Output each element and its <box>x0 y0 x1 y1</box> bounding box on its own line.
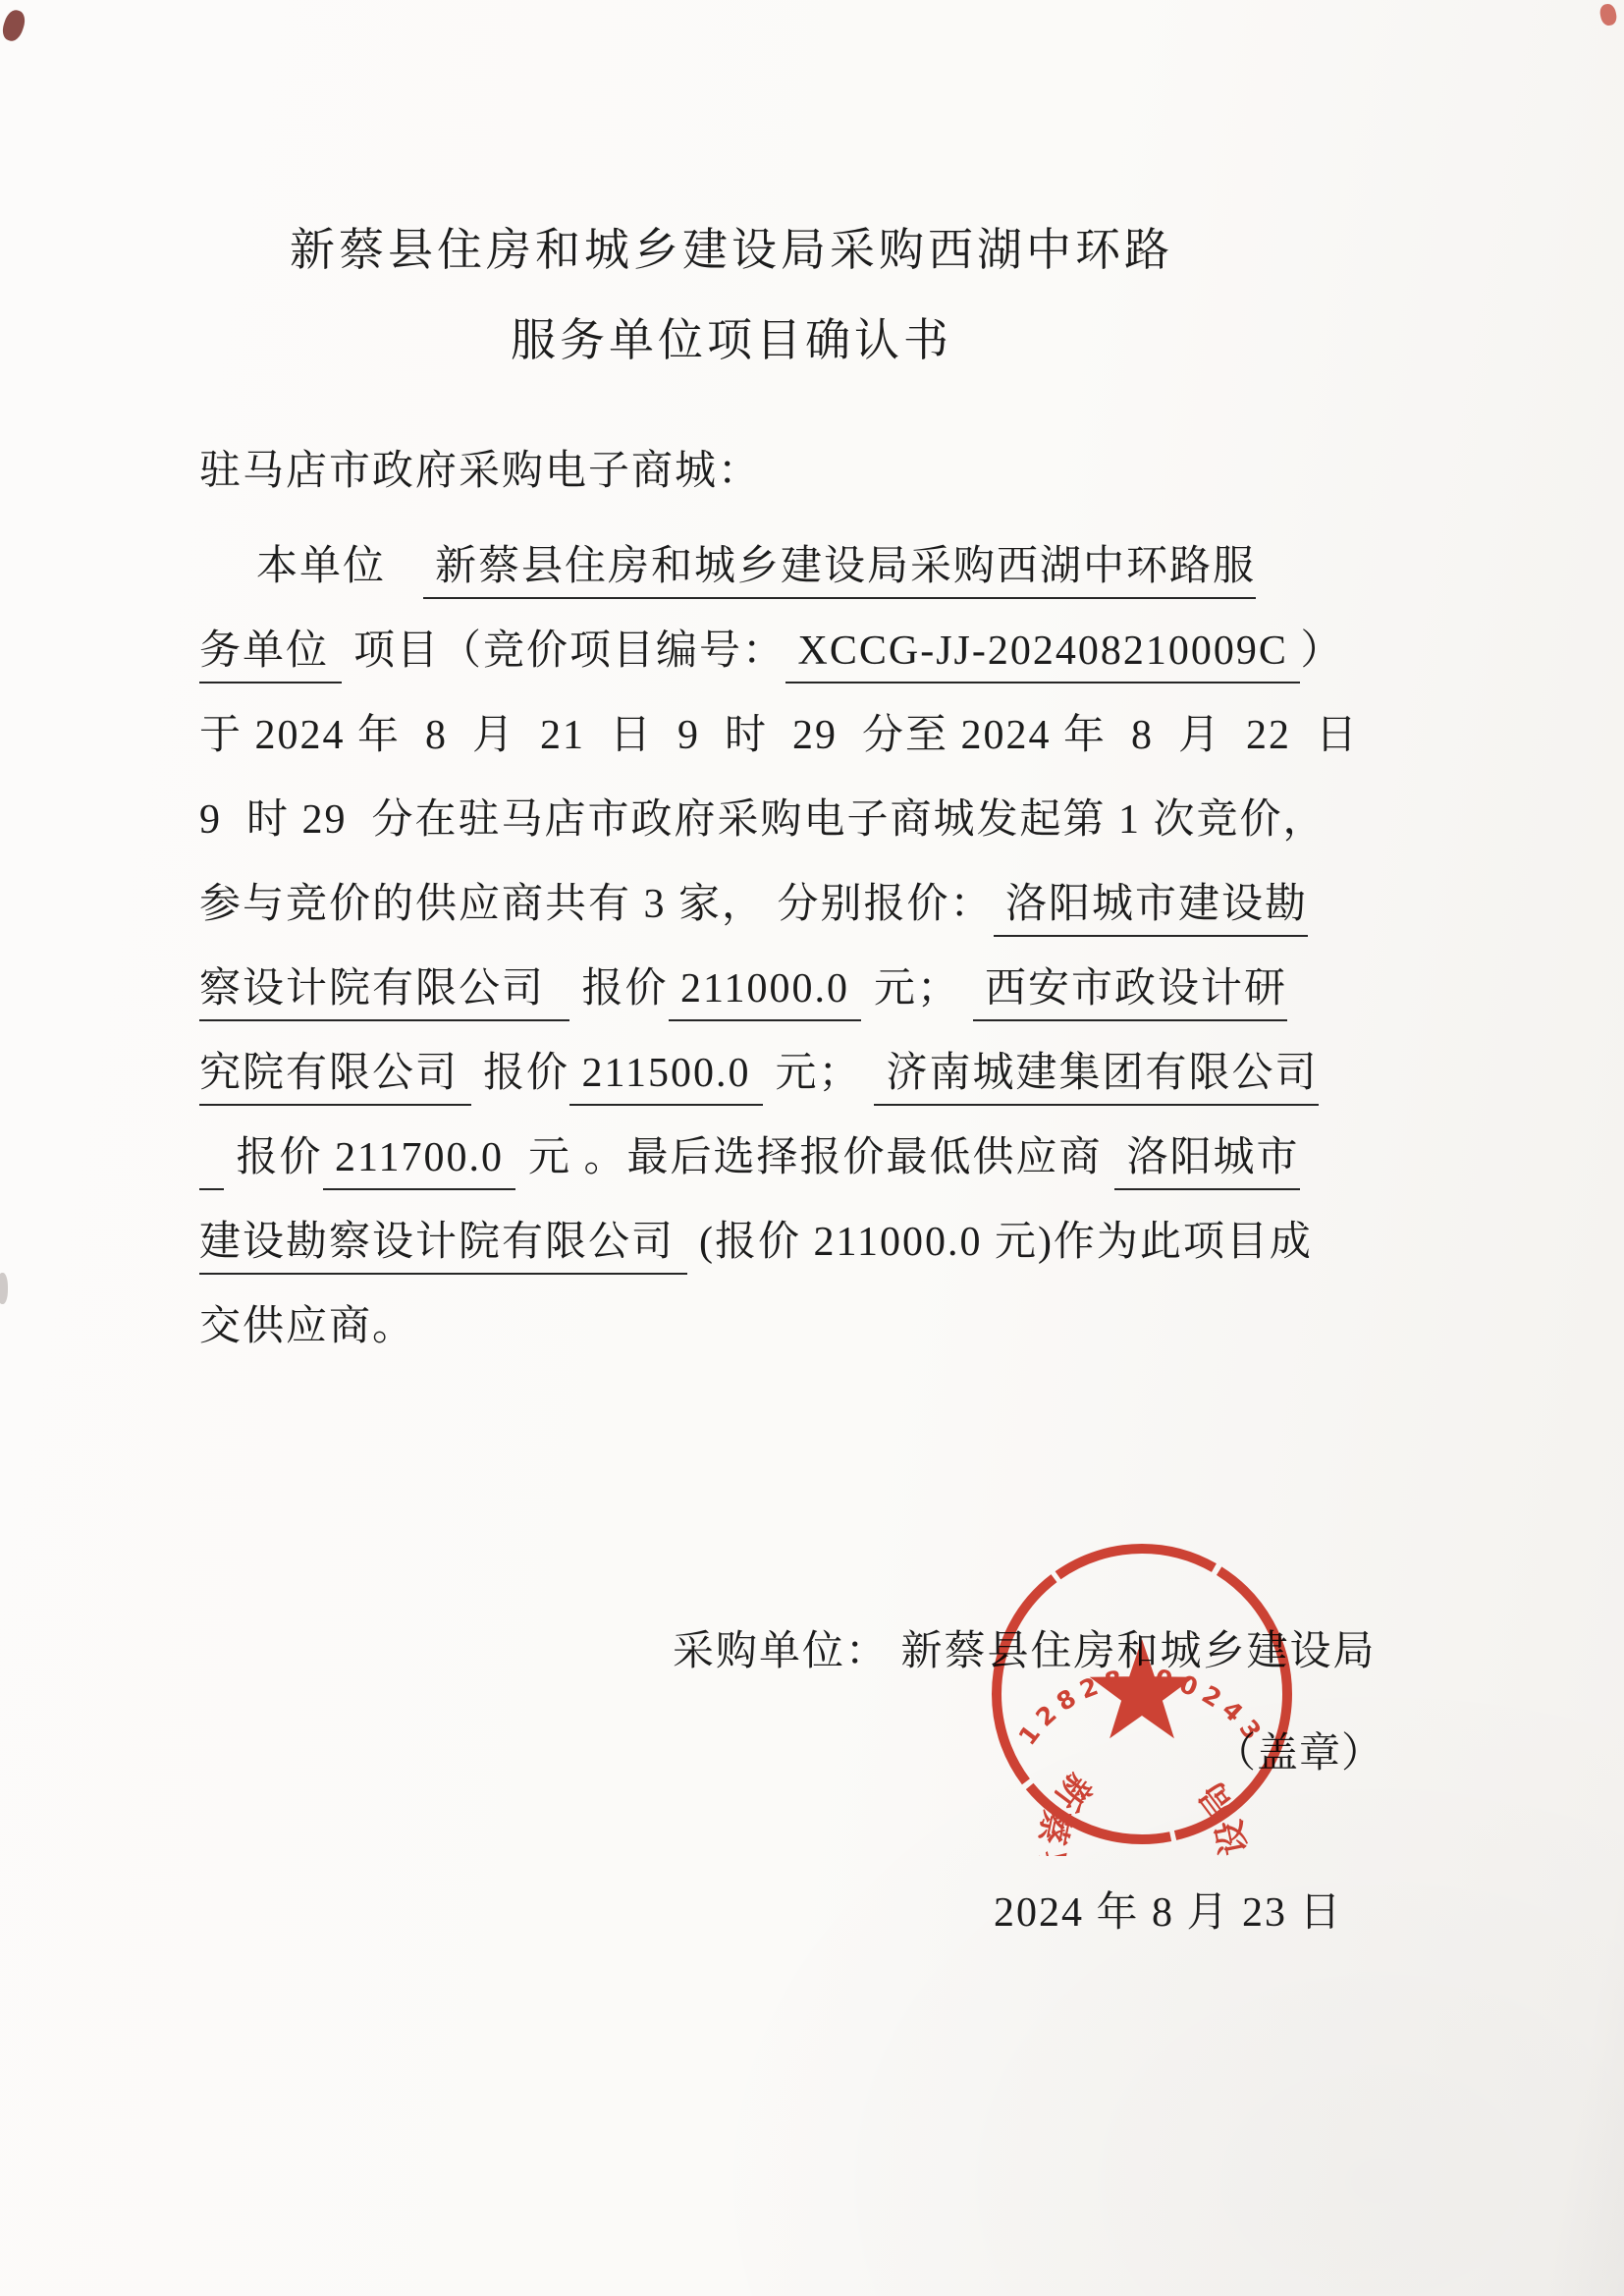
underlined-field: 究院有限公司 <box>199 1051 471 1106</box>
underlined-field: 务单位 <box>199 629 342 683</box>
body-paragraph: 本单位 新蔡县住房和城乡建设局采购西湖中环路服务单位 项目（竞价项目编号： XC… <box>199 524 1387 1369</box>
body-line: 究院有限公司 报价 211500.0 元； 济南城建集团有限公司 <box>199 1031 1387 1116</box>
body-line: 务单位 项目（竞价项目编号： XCCG-JJ-202408210009C ） <box>199 609 1387 693</box>
body-line: 报价 211700.0 元 。最后选择报价最低供应商 洛阳城市 <box>199 1116 1387 1200</box>
underlined-field: 察设计院有限公司 <box>199 966 569 1021</box>
official-red-seal: 新蔡县住房和城乡建设局 4128280002438 <box>980 1532 1304 1856</box>
scan-artifact-left-edge <box>0 1273 8 1304</box>
body-text: 参与竞价的供应商共有 3 家， 分别报价： <box>199 882 994 927</box>
body-text: 报价 <box>224 1135 323 1180</box>
body-text: 报价 <box>471 1051 570 1096</box>
body-line: 9 时 29 分在驻马店市政府采购电子商城发起第 1 次竞价， <box>199 778 1387 862</box>
body-text: 9 时 29 分在驻马店市政府采购电子商城发起第 1 次竞价， <box>199 797 1326 843</box>
underlined-field: 洛阳城市建设勘 <box>994 882 1309 937</box>
underlined-field: 新蔡县住房和城乡建设局采购西湖中环路服 <box>423 544 1257 599</box>
body-text: ） <box>1300 629 1343 674</box>
underlined-field: 211700.0 <box>323 1135 516 1190</box>
body-text: 本单位 <box>256 544 386 589</box>
body-text: 元； <box>861 966 972 1011</box>
body-text: 元； <box>763 1051 874 1096</box>
body-line: 参与竞价的供应商共有 3 家， 分别报价： 洛阳城市建设勘 <box>199 862 1387 947</box>
body-text <box>386 544 423 589</box>
document-page: 新蔡县住房和城乡建设局采购西湖中环路 服务单位项目确认书 驻马店市政府采购电子商… <box>0 0 1624 2296</box>
body-text: 元 <box>515 1135 583 1180</box>
body-line: 察设计院有限公司 报价 211000.0 元； 西安市政设计研 <box>199 947 1387 1031</box>
body-line: 建设勘察设计院有限公司 (报价 211000.0 元)作为此项目成 <box>199 1200 1387 1285</box>
underlined-field: XCCG-JJ-202408210009C <box>785 629 1300 683</box>
document-title-line1: 新蔡县住房和城乡建设局采购西湖中环路 <box>147 214 1316 279</box>
signature-date: 2024 年 8 月 23 日 <box>994 1880 1343 1939</box>
body-text: 于 2024 年 8 月 21 日 9 时 29 分至 2024 年 8 月 2… <box>199 713 1359 758</box>
body-text: 报价 <box>569 966 669 1011</box>
body-text: 交供应商。 <box>199 1304 415 1349</box>
body-line: 于 2024 年 8 月 21 日 9 时 29 分至 2024 年 8 月 2… <box>199 693 1387 778</box>
underlined-field: 211500.0 <box>569 1051 763 1106</box>
body-text: 项目（竞价项目编号： <box>342 629 786 674</box>
underlined-field: 建设勘察设计院有限公司 <box>199 1220 687 1275</box>
body-line: 本单位 新蔡县住房和城乡建设局采购西湖中环路服 <box>199 524 1387 609</box>
document-title-line2: 服务单位项目确认书 <box>147 304 1316 369</box>
scan-artifact-top-right <box>1598 3 1618 27</box>
body-text: (报价 211000.0 元)作为此项目成 <box>687 1220 1313 1265</box>
underlined-field: 211000.0 <box>669 966 862 1021</box>
underlined-field: 西安市政设计研 <box>973 966 1288 1021</box>
salutation: 驻马店市政府采购电子商城： <box>199 438 761 497</box>
body-line: 交供应商。 <box>199 1285 1387 1369</box>
underlined-field <box>199 1135 224 1190</box>
underlined-field: 洛阳城市 <box>1114 1135 1300 1190</box>
underlined-field: 济南城建集团有限公司 <box>874 1051 1319 1106</box>
body-text: 。最后选择报价最低供应商 <box>583 1135 1114 1180</box>
scan-artifact-top-left <box>0 8 27 44</box>
